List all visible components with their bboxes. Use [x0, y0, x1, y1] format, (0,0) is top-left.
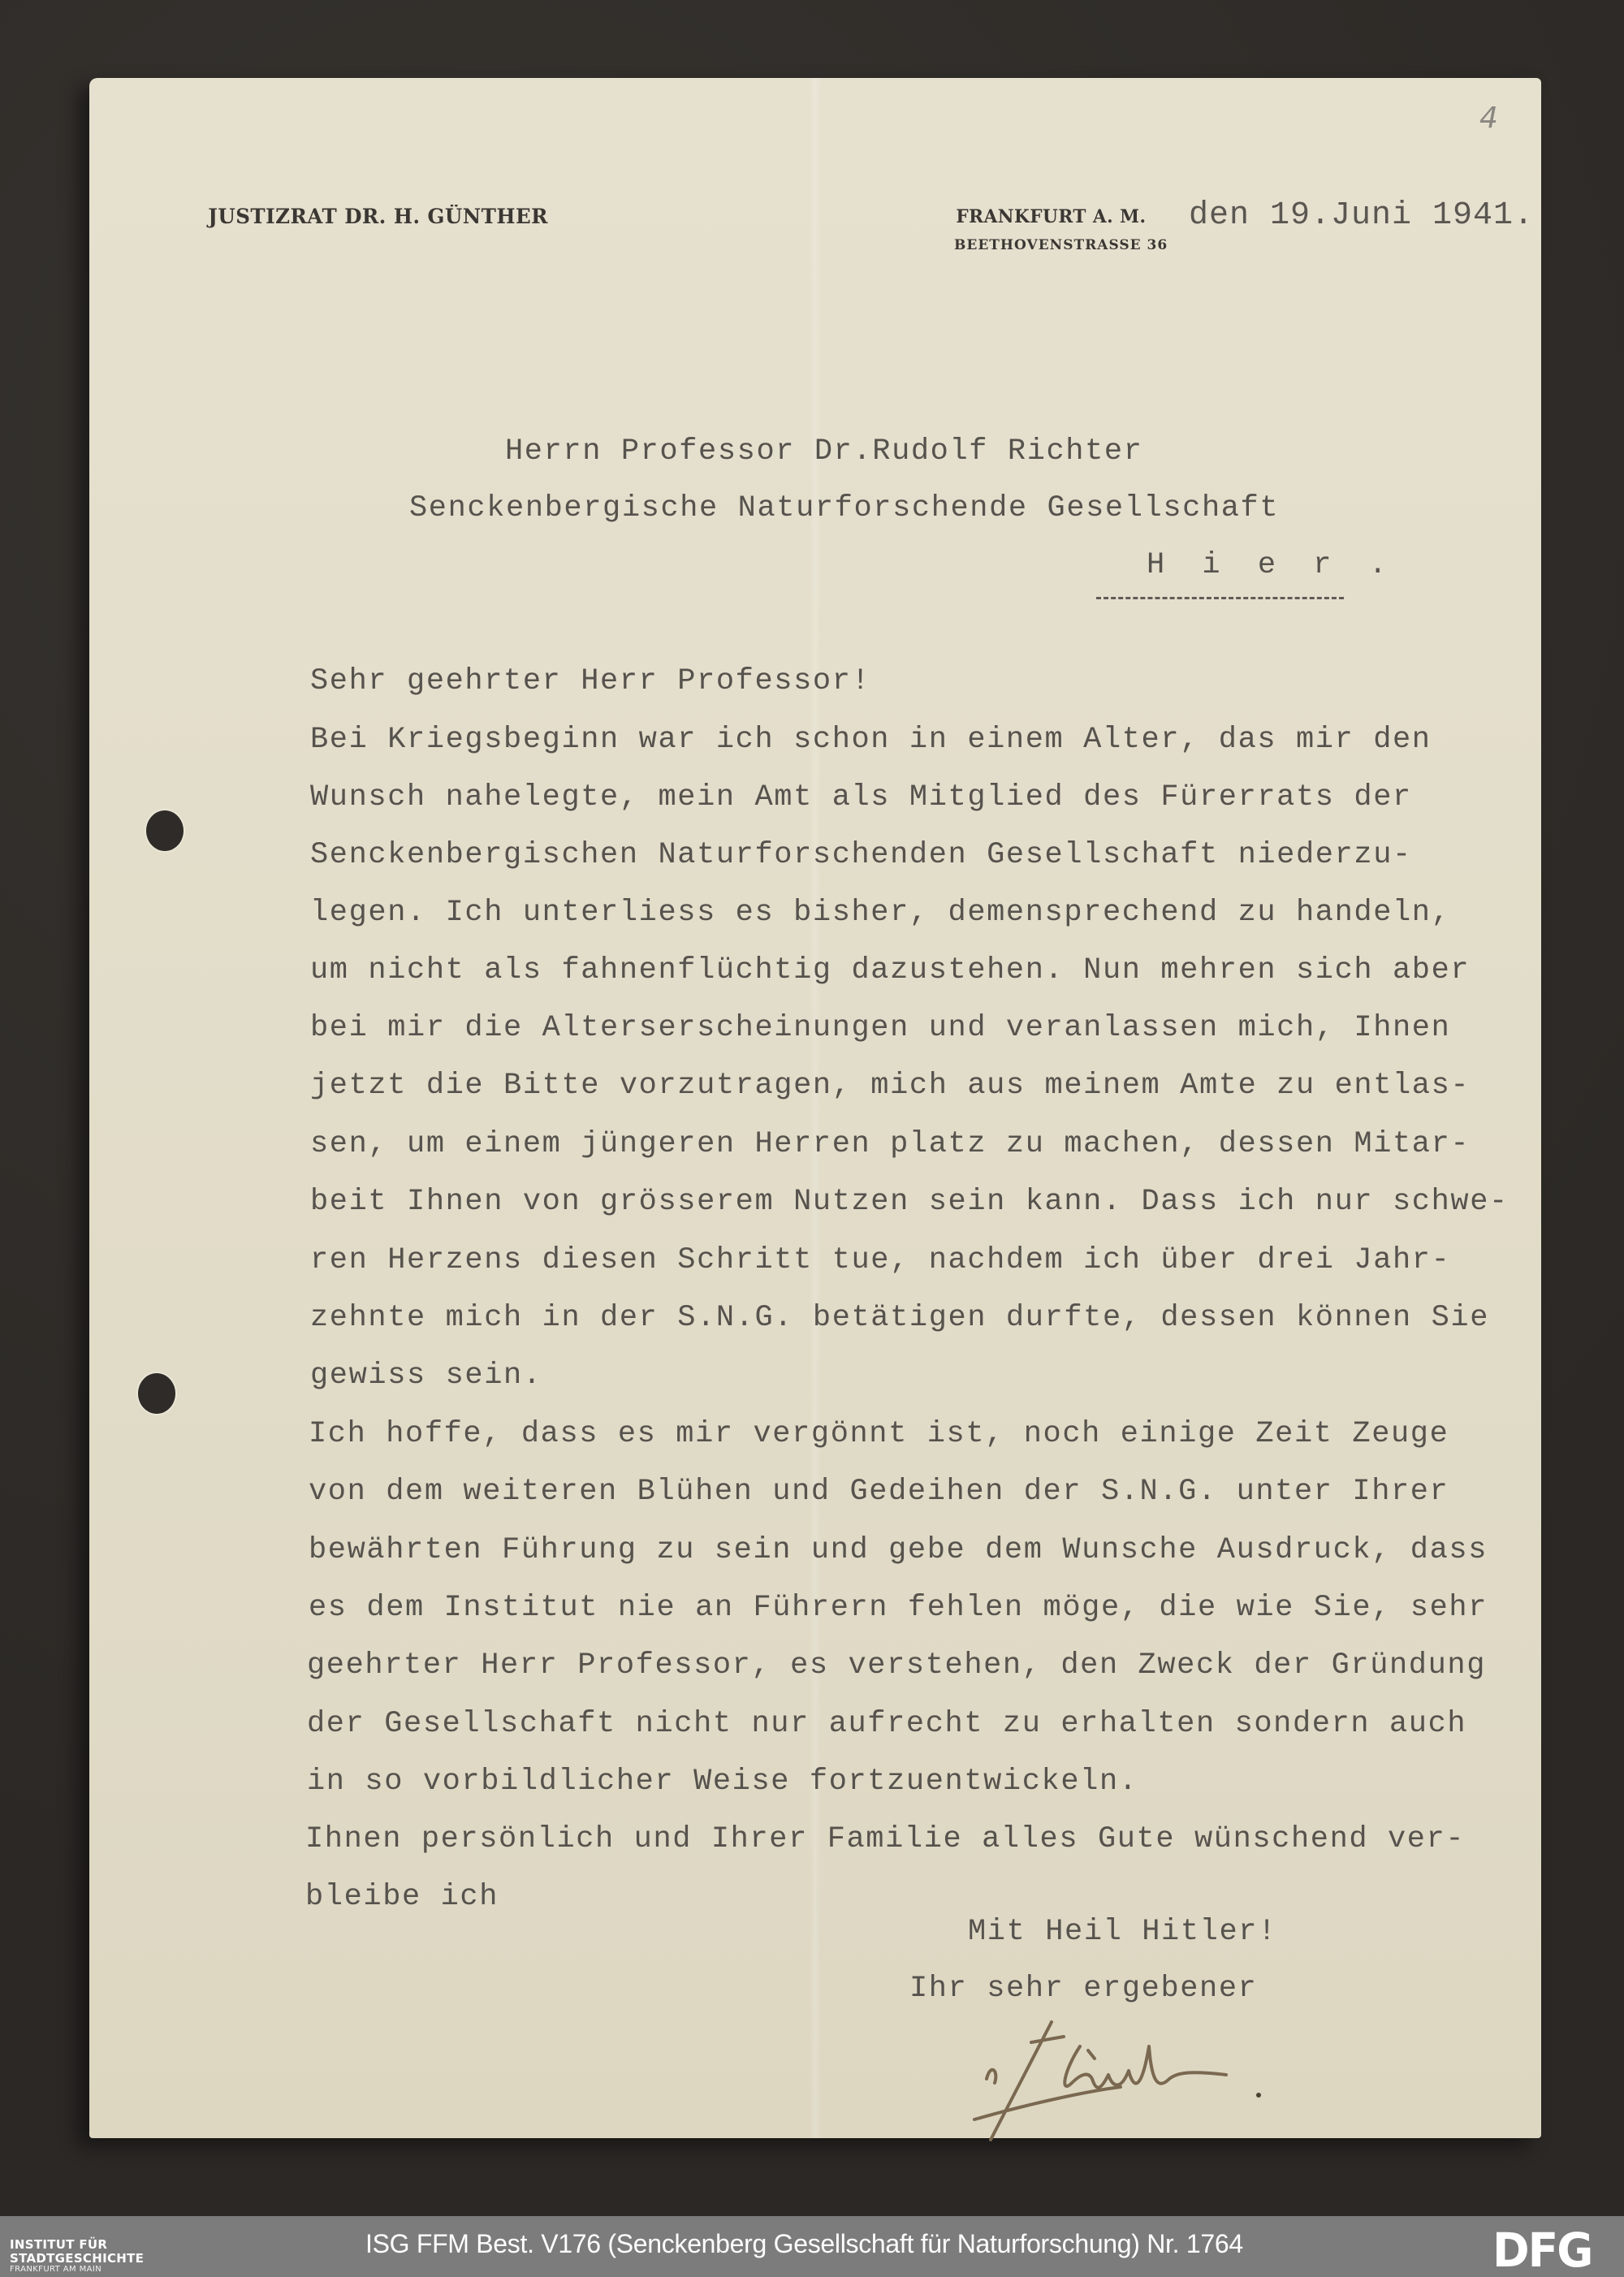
- letterhead-street: BEETHOVENSTRASSE 36: [954, 237, 1168, 253]
- body-line: es dem Institut nie an Führern fehlen mö…: [309, 1591, 1488, 1625]
- archive-reference: ISG FFM Best. V176 (Senckenberg Gesellsc…: [365, 2229, 1243, 2259]
- body-line: Wunsch nahelegte, mein Amt als Mitglied …: [310, 780, 1412, 814]
- institute-name-line2: STADTGESCHICHTE: [10, 2251, 144, 2266]
- punch-hole-top: [146, 810, 184, 851]
- body-line: um nicht als fahnenflüchtig dazustehen. …: [310, 953, 1470, 987]
- body-line: bleibe ich: [305, 1880, 499, 1914]
- body-line: Senckenbergischen Naturforschenden Gesel…: [310, 838, 1412, 872]
- institute-name-line1: INSTITUT FÜR: [10, 2237, 107, 2252]
- closing-greeting: Mit Heil Hitler!: [968, 1915, 1277, 1949]
- body-line: gewiss sein.: [310, 1359, 542, 1393]
- recipient-location: H i e r .: [1147, 548, 1397, 582]
- body-line: legen. Ich unterliess es bisher, demensp…: [310, 896, 1450, 930]
- dfg-logo: DFG: [1492, 2223, 1592, 2277]
- letter-date: den 19.Juni 1941.: [1189, 197, 1534, 234]
- closing-valediction: Ihr sehr ergebener: [909, 1972, 1257, 2006]
- salutation: Sehr geehrter Herr Professor!: [310, 664, 870, 698]
- letterhead-city: FRANKFURT A. M.: [956, 206, 1146, 227]
- handwritten-signature: [958, 2014, 1283, 2144]
- punch-hole-bottom: [138, 1373, 175, 1414]
- body-line: beit Ihnen von grösserem Nutzen sein kan…: [310, 1185, 1509, 1219]
- body-line: bewährten Führung zu sein und gebe dem W…: [309, 1533, 1488, 1567]
- body-line: geehrter Herr Professor, es verstehen, d…: [307, 1648, 1486, 1683]
- body-line: Bei Kriegsbeginn war ich schon in einem …: [310, 723, 1432, 757]
- body-line: in so vorbildlicher Weise fortzuentwicke…: [307, 1765, 1138, 1799]
- institute-city: FRANKFURT AM MAIN: [10, 2265, 101, 2274]
- location-underline: [1096, 597, 1344, 599]
- recipient-name: Herrn Professor Dr.Rudolf Richter: [505, 434, 1143, 469]
- archive-footer: INSTITUT FÜR STADTGESCHICHTE FRANKFURT A…: [0, 2216, 1624, 2277]
- body-line: sen, um einem jüngeren Herren platz zu m…: [310, 1127, 1470, 1161]
- body-line: bei mir die Alterserscheinungen und vera…: [310, 1011, 1450, 1045]
- body-line: zehnte mich in der S.N.G. betätigen durf…: [310, 1301, 1489, 1335]
- body-line: Ich hoffe, dass es mir vergönnt ist, noc…: [309, 1417, 1449, 1451]
- sender-letterhead: JUSTIZRAT DR. H. GÜNTHER: [208, 205, 548, 228]
- recipient-organization: Senckenbergische Naturforschende Gesells…: [409, 491, 1279, 525]
- page-number: 4: [1479, 102, 1498, 135]
- body-line: jetzt die Bitte vorzutragen, mich aus me…: [310, 1069, 1470, 1103]
- body-line: ren Herzens diesen Schritt tue, nachdem …: [310, 1243, 1450, 1277]
- body-line: von dem weiteren Blühen und Gedeihen der…: [309, 1475, 1449, 1509]
- body-line: der Gesellschaft nicht nur aufrecht zu e…: [307, 1707, 1466, 1741]
- body-line: Ihnen persönlich und Ihrer Familie alles…: [305, 1822, 1465, 1856]
